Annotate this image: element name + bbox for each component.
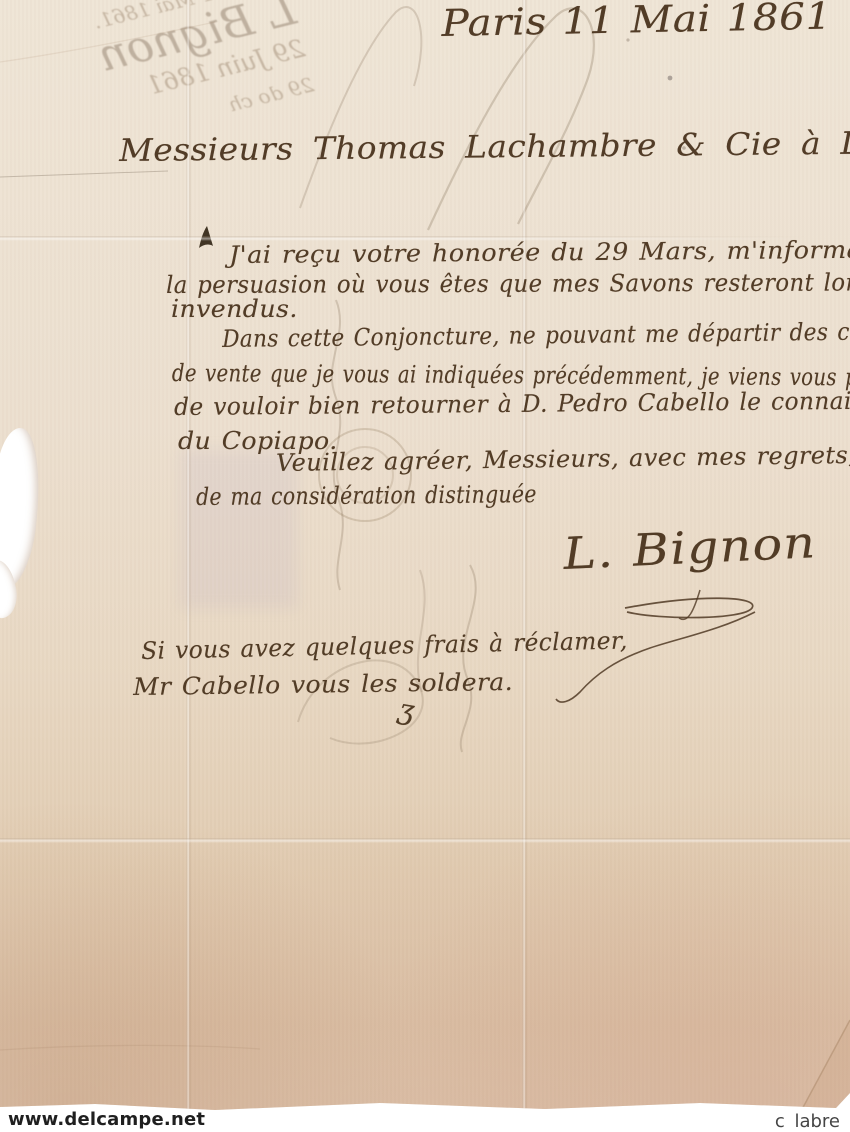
watermark-seller: c labre (775, 1111, 840, 1132)
postscript-flourish-mark: ʒ (396, 695, 417, 725)
pencil-line (0, 171, 168, 177)
body-line-p2-2: de vente que je vous ai indiquées précéd… (172, 361, 850, 390)
body-line-p2-1: Dans cette Conjoncture, ne pouvant me dé… (222, 318, 850, 351)
signature-loop (679, 590, 700, 619)
ghost-flourish (300, 7, 421, 208)
speck (668, 76, 673, 81)
letter-paper: Paris, 11 Mai 1861. L Bignon 29 Juin 186… (0, 0, 850, 1113)
watermark-delcampe: www.delcampe.net (8, 1109, 205, 1130)
recipient-line: Messieurs Thomas Lachambre & Cie à Lima (119, 128, 850, 167)
body-line-p1-3: invendus. (171, 297, 298, 321)
signature: L. Bignon (562, 521, 817, 577)
bottom-crease (0, 1045, 260, 1050)
postscript-line-1: Si vous avez quelques frais à réclamer, (141, 628, 628, 662)
body-line-p2-3: de vouloir bien retourner à D. Pedro Cab… (174, 388, 850, 419)
dateline: Paris 11 Mai 1861 (441, 0, 832, 42)
corner-crease (800, 1020, 850, 1113)
scanned-letter-photo: Paris, 11 Mai 1861. L Bignon 29 Juin 186… (0, 0, 850, 1132)
postscript-line-2: Mr Cabello vous les soldera. (133, 670, 513, 699)
fold-line-vertical-right (522, 0, 527, 1113)
signature-underline-flourish (625, 598, 753, 617)
signature-tail (556, 612, 755, 702)
body-line-p1-2: la persuasion où vous êtes que mes Savon… (166, 270, 850, 297)
fold-line-horizontal-lower (0, 838, 850, 843)
closing-line-2: de ma considération distinguée (196, 482, 537, 509)
ghost-scribble (461, 565, 476, 752)
corner-crease-shade (800, 1020, 850, 1113)
body-line-p1-1: J'ai reçu votre honorée du 29 Mars, m'in… (229, 237, 850, 267)
closing-line-1: Veuillez agréer, Messieurs, avec mes reg… (276, 441, 850, 475)
watermark-strip: www.delcampe.net c labre (0, 1104, 850, 1132)
